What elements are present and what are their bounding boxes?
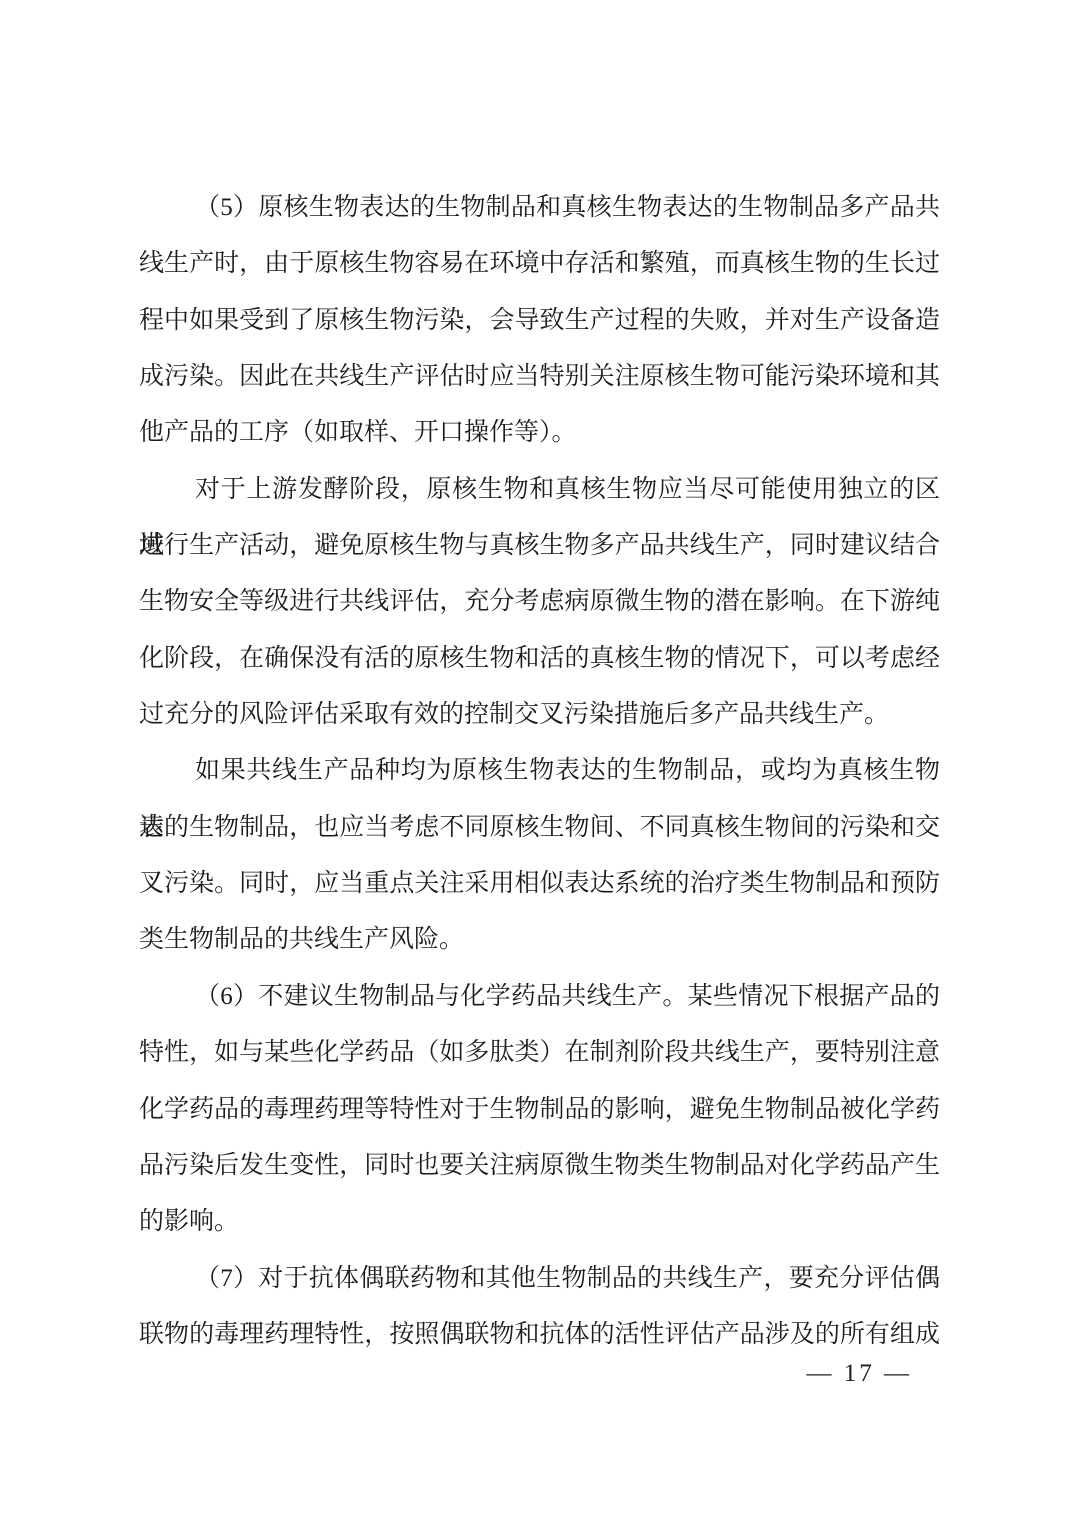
- text-line: 特性，如与某些化学药品（如多肽类）在制剂阶段共线生产，要特别注意: [139, 1025, 940, 1081]
- text-line: （6）不建议生物制品与化学药品共线生产。某些情况下根据产品的: [139, 969, 940, 1025]
- text-line: 成污染。因此在共线生产评估时应当特别关注原核生物可能污染环境和其: [139, 349, 940, 405]
- text-line: （7）对于抗体偶联药物和其他生物制品的共线生产，要充分评估偶: [139, 1251, 940, 1307]
- text-line: （5）原核生物表达的生物制品和真核生物表达的生物制品多产品共: [139, 180, 940, 236]
- text-line: 进行生产活动，避免原核生物与真核生物多产品共线生产，同时建议结合: [139, 518, 940, 574]
- text-line: 联物的毒理药理特性，按照偶联物和抗体的活性评估产品涉及的所有组成: [139, 1307, 940, 1363]
- text-line: 生物安全等级进行共线评估，充分考虑病原微生物的潜在影响。在下游纯: [139, 574, 940, 630]
- text-line: 化学药品的毒理药理等特性对于生物制品的影响，避免生物制品被化学药: [139, 1082, 940, 1138]
- text-line: 过充分的风险评估采取有效的控制交叉污染措施后多产品共线生产。: [139, 687, 940, 743]
- text-line: 叉污染。同时，应当重点关注采用相似表达系统的治疗类生物制品和预防: [139, 856, 940, 912]
- document-body: （5）原核生物表达的生物制品和真核生物表达的生物制品多产品共线生产时，由于原核生…: [139, 180, 940, 1363]
- text-line: 化阶段，在确保没有活的原核生物和活的真核生物的情况下，可以考虑经: [139, 631, 940, 687]
- text-line: 他产品的工序（如取样、开口操作等）。: [139, 405, 940, 461]
- text-line: 类生物制品的共线生产风险。: [139, 912, 940, 968]
- text-line: 达的生物制品，也应当考虑不同原核生物间、不同真核生物间的污染和交: [139, 800, 940, 856]
- text-line: 对于上游发酵阶段，原核生物和真核生物应当尽可能使用独立的区域: [139, 462, 940, 518]
- text-line: 程中如果受到了原核生物污染，会导致生产过程的失败，并对生产设备造: [139, 293, 940, 349]
- page-number: — 17 —: [807, 1360, 913, 1388]
- text-line: 线生产时，由于原核生物容易在环境中存活和繁殖，而真核生物的生长过: [139, 236, 940, 292]
- text-line: 品污染后发生变性，同时也要关注病原微生物类生物制品对化学药品产生: [139, 1138, 940, 1194]
- text-line: 的影响。: [139, 1194, 940, 1250]
- document-page: （5）原核生物表达的生物制品和真核生物表达的生物制品多产品共线生产时，由于原核生…: [0, 0, 1080, 1526]
- text-line: 如果共线生产品种均为原核生物表达的生物制品，或均为真核生物表: [139, 743, 940, 799]
